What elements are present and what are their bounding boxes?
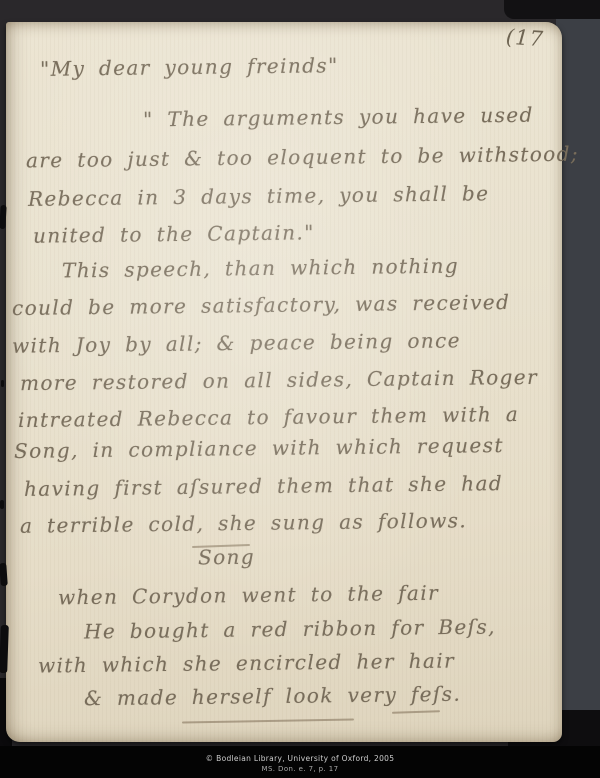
- manuscript-page: (17 "My dear young freinds" " The argume…: [6, 22, 562, 742]
- song-verse-line: when Corydon went to the fair: [58, 578, 439, 613]
- binding-mark: [0, 500, 4, 509]
- book-cradle-right-edge: [556, 16, 600, 716]
- song-verse-line: He bought a red ribbon for Beſs,: [84, 611, 496, 646]
- manuscript-line: "My dear young freinds": [40, 50, 339, 84]
- manuscript-line: united to the Captain.": [33, 217, 315, 250]
- manuscript-line: " The arguments you have used: [143, 100, 534, 135]
- page-number: (17: [505, 25, 545, 52]
- manuscript-line: having first aſsured them that she had: [24, 468, 503, 504]
- manuscript-line: are too just & too eloquent to be withst…: [26, 139, 579, 176]
- copyright-text: © Bodleian Library, University of Oxford…: [0, 754, 600, 763]
- fess-underline-flourish: [392, 710, 440, 714]
- manuscript-line: This speech, than which nothing: [62, 251, 459, 286]
- cover-clamp-top-right: [504, 0, 600, 19]
- footer-caption: © Bodleian Library, University of Oxford…: [0, 746, 600, 778]
- song-verse-line: with which she encircled her hair: [38, 645, 455, 680]
- manuscript-line: with Joy by all; & peace being once: [12, 325, 461, 360]
- manuscript-line: intreated Rebecca to favour them with a: [18, 399, 520, 435]
- manuscript-line: Song, in compliance with which request: [14, 430, 504, 466]
- manuscript-line: could be more satisfactory, was received: [12, 287, 511, 323]
- manuscript-line: more restored on all sides, Captain Roge…: [20, 362, 538, 398]
- closing-underline-flourish: [182, 718, 354, 723]
- manuscript-line: a terrible cold, she sung as follows.: [20, 505, 467, 540]
- song-verse-line: & made herself look very feſs.: [84, 679, 461, 714]
- manuscript-photo: (17 "My dear young freinds" " The argume…: [0, 0, 600, 778]
- binding-mark: [1, 380, 4, 387]
- shelfmark-text: MS. Don. e. 7, p. 17: [0, 765, 600, 773]
- manuscript-line: Rebecca in 3 days time, you shall be: [28, 178, 490, 214]
